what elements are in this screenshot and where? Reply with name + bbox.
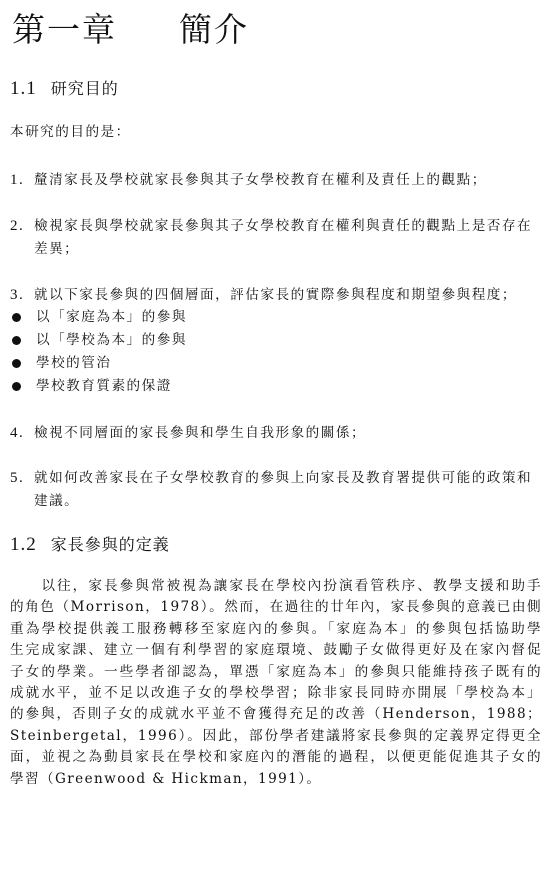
bullet-item: 以「學校為本」的參與: [10, 329, 187, 351]
paragraph-line: 重為學校提供義工服務轉移至家庭內的參與。「家庭為本」的參與包括協助學: [10, 619, 542, 640]
paragraph-line: 面，並視之為動員家長在學校和家庭內的潛能的過程，以便更能促進其子女的: [10, 747, 542, 768]
section-number: 1.1: [10, 78, 37, 99]
paragraph-line: 的角色（Morrison，1978）。然而，在過往的廿年內，家長參與的意義已由側: [10, 597, 542, 618]
bullet-item: 以「家庭為本」的參與: [10, 306, 187, 328]
paragraph-line: 的參與，否則子女的成就水平並不會獲得充足的改善（Henderson，1988；: [10, 704, 542, 725]
section-heading-1-2: 1.2家長參與的定義: [10, 534, 170, 556]
paragraph-line: 生完成家課、建立一個有利學習的家庭環境、鼓勵子女做得更好及在家內督促: [10, 640, 542, 661]
objective-item-2: 2.檢視家長與學校就家長參與其子女學校教育在權利與責任的觀點上是否存在: [10, 215, 532, 237]
bullet-icon: [12, 359, 21, 368]
paragraph-line: 成就水平，並不足以改進子女的學校學習；除非家長同時亦開展「學校為本」: [10, 683, 542, 704]
bullet-icon: [12, 382, 21, 391]
paragraph-line: Steinbergetal，1996）。因此，部份學者建議將家長參與的定義界定得…: [10, 726, 542, 747]
paragraph-line: 以往，家長參與常被視為讓家長在學校內扮演看管秩序、教學支援和助手: [10, 576, 542, 597]
objective-item-1: 1.釐清家長及學校就家長參與其子女學校教育在權利及責任上的觀點；: [10, 169, 487, 191]
objective-item-2-cont: 差異；: [34, 238, 79, 260]
section-title: 家長參與的定義: [51, 535, 170, 554]
objective-item-4: 4.檢視不同層面的家長參與和學生自我形象的關係；: [10, 422, 366, 444]
objective-item-3: 3.就以下家長參與的四個層面，評估家長的實際參與程度和期望參與程度；: [10, 284, 517, 306]
chapter-title: 簡介: [179, 10, 249, 49]
chapter-label: 第一章: [12, 10, 117, 49]
bullet-item: 學校的管治: [10, 352, 111, 374]
chapter-heading: 第一章簡介: [12, 10, 249, 50]
section-heading-1-1: 1.1研究目的: [10, 78, 119, 100]
objective-item-5-cont: 建議。: [34, 490, 79, 512]
section-number: 1.2: [10, 534, 37, 555]
section-title: 研究目的: [51, 79, 119, 98]
paragraph-line: 子女的學業。一些學者卻認為，單憑「家庭為本」的參與只能維持孩子既有的: [10, 662, 542, 683]
objective-item-5: 5.就如何改善家長在子女學校教育的參與上向家長及教育署提供可能的政策和: [10, 467, 532, 489]
bullet-item: 學校教育質素的保證: [10, 375, 172, 397]
document-page: 第一章簡介 1.1研究目的 本研究的目的是： 1.釐清家長及學校就家長參與其子女…: [0, 0, 550, 876]
bullet-icon: [12, 336, 21, 345]
definition-paragraph: 以往，家長參與常被視為讓家長在學校內扮演看管秩序、教學支援和助手 的角色（Mor…: [10, 576, 542, 790]
intro-text: 本研究的目的是：: [10, 121, 131, 143]
paragraph-line: 學習（Greenwood & Hickman，1991）。: [10, 769, 542, 790]
bullet-icon: [12, 313, 21, 322]
